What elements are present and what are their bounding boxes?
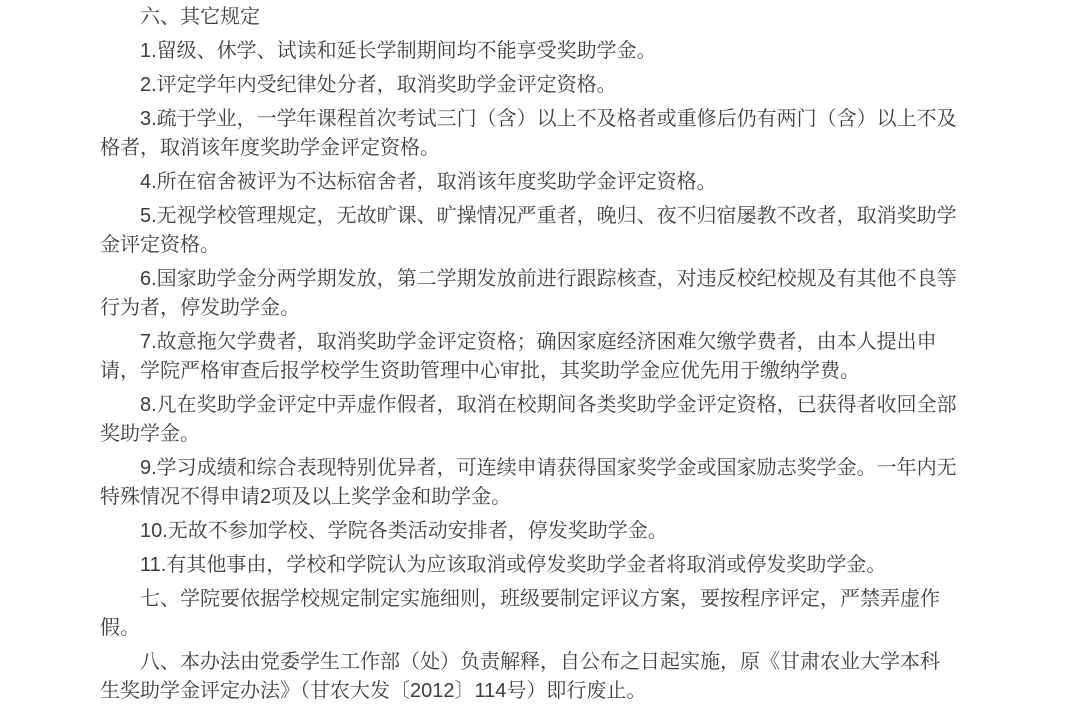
document-page: 六、其它规定 1.留级、休学、试读和延长学制期间均不能享受奖助学金。 2.评定学…	[0, 0, 958, 704]
section-eight-paragraph: 八、本办法由党委学生工作部（处）负责解释，自公布之日起实施，原《甘肃农业大学本科…	[100, 648, 958, 704]
rule-6: 6.国家助学金分两学期发放，第二学期发放前进行跟踪核查，对违反校纪校规及有其他不…	[100, 265, 958, 323]
rule-4: 4.所在宿舍被评为不达标宿舍者，取消该年度奖助学金评定资格。	[100, 168, 958, 197]
rule-3: 3.疏于学业，一学年课程首次考试三门（含）以上不及格者或重修后仍有两门（含）以上…	[100, 105, 958, 163]
rule-5: 5.无视学校管理规定，无故旷课、旷操情况严重者，晚归、夜不归宿屡教不改者，取消奖…	[100, 202, 958, 260]
rule-7: 7.故意拖欠学费者，取消奖助学金评定资格；确因家庭经济困难欠缴学费者，由本人提出…	[100, 328, 958, 386]
rule-10: 10.无故不参加学校、学院各类活动安排者，停发奖助学金。	[100, 517, 958, 546]
rule-11: 11.有其他事由，学校和学院认为应该取消或停发奖助学金者将取消或停发奖助学金。	[100, 551, 958, 580]
section-six-heading: 六、其它规定	[100, 3, 958, 32]
rule-9: 9.学习成绩和综合表现特别优异者，可连续申请获得国家奖学金或国家励志奖学金。一年…	[100, 454, 958, 512]
rule-1: 1.留级、休学、试读和延长学制期间均不能享受奖助学金。	[100, 37, 958, 66]
rule-2: 2.评定学年内受纪律处分者，取消奖助学金评定资格。	[100, 71, 958, 100]
rule-8: 8.凡在奖助学金评定中弄虚作假者，取消在校期间各类奖助学金评定资格，已获得者收回…	[100, 391, 958, 449]
section-seven-paragraph: 七、学院要依据学校规定制定实施细则，班级要制定评议方案，要按程序评定，严禁弄虚作…	[100, 585, 958, 643]
